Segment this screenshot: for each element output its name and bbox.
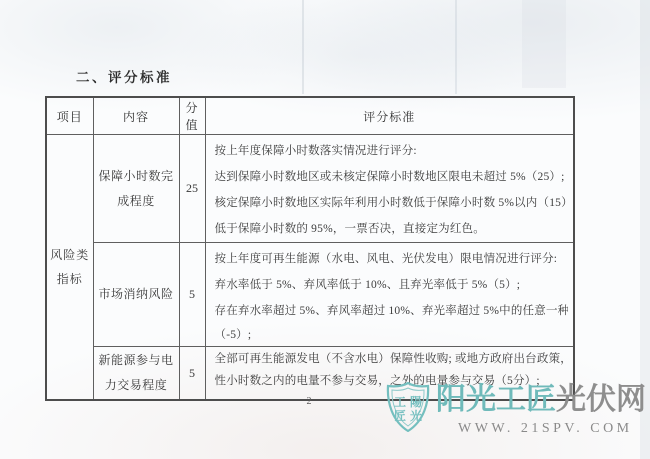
criteria-line: 性小时数之内的电量不参与交易，之外的电量参与交易（5分）; xyxy=(215,370,569,392)
scan-streak xyxy=(302,0,304,94)
cell-criteria: 全部可再生能源发电（不含水电）保障性收购; 或地方政府出台政策，保障 性小时数之… xyxy=(205,347,574,401)
criteria-line: 弃水率低于 5%、弃风率低于 10%、且弃光率低于 5%（5）; xyxy=(215,272,569,298)
content-line: 市场消纳风险 xyxy=(95,282,178,307)
cell-score: 5 xyxy=(179,243,205,347)
header-criteria: 评分标准 xyxy=(205,97,574,135)
header-project: 项目 xyxy=(46,97,93,135)
scan-streak xyxy=(455,0,457,94)
criteria-line: 存在弃水率超过 5%、弃风率超过 10%、弃光率超过 5%中的任意一种情况 xyxy=(215,298,569,324)
cell-content: 新能源参与电 力交易程度 xyxy=(93,347,179,401)
header-content: 内容 xyxy=(93,97,179,135)
table-header-row: 项目 内容 分值 评分标准 xyxy=(46,97,574,135)
cell-category: 风险类 指标 xyxy=(46,135,93,401)
cell-score: 25 xyxy=(179,135,205,243)
criteria-line: 全部可再生能源发电（不含水电）保障性收购; 或地方政府出台政策，保障 xyxy=(215,348,569,370)
criteria-line: （-5）; xyxy=(215,324,569,346)
cell-content: 市场消纳风险 xyxy=(93,243,179,347)
content-line: 成程度 xyxy=(95,189,178,214)
shield-char: 匠 xyxy=(394,408,406,423)
content-line: 新能源参与电 xyxy=(95,348,178,373)
page-number: 2 xyxy=(301,396,317,407)
table-row: 风险类 指标 保障小时数完 成程度 25 按上年度保障小时数落实情况进行评分: … xyxy=(46,135,574,243)
category-line: 风险类 xyxy=(48,243,92,267)
scanned-document-page: 二、评分标准 项目 内容 分值 评分标准 风险类 指标 保障小时数完 成程度 2… xyxy=(0,0,650,459)
content-line: 力交易程度 xyxy=(95,373,178,398)
cell-criteria: 按上年度保障小时数落实情况进行评分: 达到保障小时数地区或未核定保障小时数地区限… xyxy=(205,135,574,243)
table-row: 新能源参与电 力交易程度 5 全部可再生能源发电（不含水电）保障性收购; 或地方… xyxy=(46,347,574,401)
criteria-line: 按上年度可再生能源（水电、风电、光伏发电）限电情况进行评分: xyxy=(215,246,569,272)
criteria-line: 核定保障小时数地区实际年利用小时数低于保障小时数 5%以内（15）; xyxy=(215,190,569,216)
criteria-line: 低于保障小时数的 95%，一票否决，直接定为红色。 xyxy=(215,216,569,242)
scan-streak xyxy=(640,0,650,459)
cell-score: 5 xyxy=(179,347,205,401)
category-line: 指标 xyxy=(48,267,92,291)
criteria-line: 达到保障小时数地区或未核定保障小时数地区限电未超过 5%（25）; xyxy=(215,164,569,190)
criteria-line: 按上年度保障小时数落实情况进行评分: xyxy=(215,138,569,164)
cell-criteria: 按上年度可再生能源（水电、风电、光伏发电）限电情况进行评分: 弃水率低于 5%、… xyxy=(205,243,574,347)
table-row: 市场消纳风险 5 按上年度可再生能源（水电、风电、光伏发电）限电情况进行评分: … xyxy=(46,243,574,347)
scan-streak xyxy=(522,0,566,88)
watermark-url: WWW. 21SPV. COM xyxy=(458,421,633,437)
section-title: 二、评分标准 xyxy=(76,66,172,86)
scoring-standards-table: 项目 内容 分值 评分标准 风险类 指标 保障小时数完 成程度 25 按上年度保… xyxy=(45,96,575,401)
cell-content: 保障小时数完 成程度 xyxy=(93,135,179,243)
content-line: 保障小时数完 xyxy=(95,164,178,189)
header-score: 分值 xyxy=(179,97,205,135)
shield-char: 光 xyxy=(410,408,422,423)
